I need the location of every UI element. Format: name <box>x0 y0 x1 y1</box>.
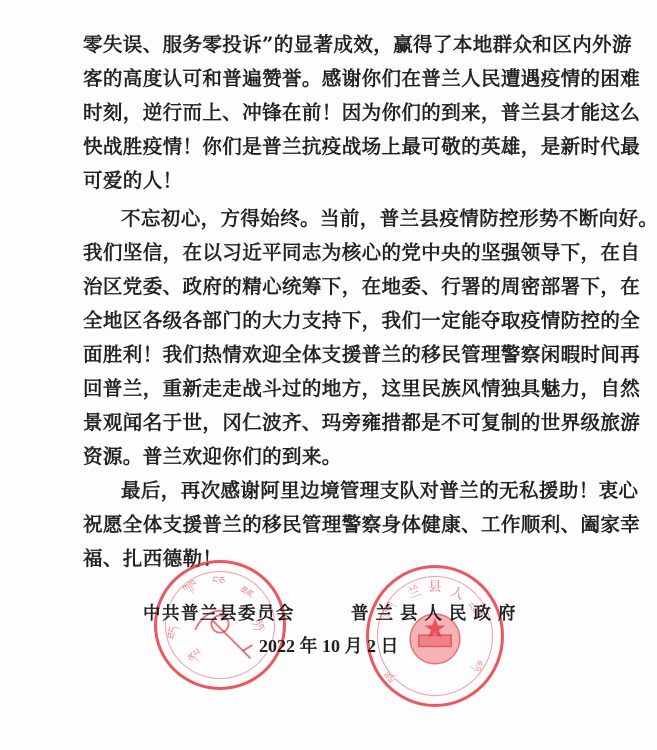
svg-text:ཆཇ: ཆཇ <box>238 584 257 602</box>
text-line: 资源。普兰欢迎你们的到来。 <box>83 440 573 474</box>
svg-text:ཇཉ: ཇཉ <box>469 659 484 672</box>
svg-text:ནཔ: ནཔ <box>186 646 206 666</box>
text-line: 零失误、服务零投诉”的显著成效，赢得了本地群众和区内外游 <box>83 28 573 62</box>
text-line: 可爱的人！ <box>83 164 573 198</box>
text-line: 客的高度认可和普遍赞誉。感谢你们在普兰人民遭遇疫情的困难 <box>83 62 573 96</box>
letter-page: 零失误、服务零投诉”的显著成效，赢得了本地群众和区内外游 客的高度认可和普遍赞誉… <box>0 0 657 750</box>
party-committee-seal-icon: ཀཁ ངཅ ཆཇ ཉཏ ཐད ནཔ <box>154 560 286 690</box>
svg-text:ཐད: ཐད <box>165 626 181 641</box>
text-line-paragraph-start: 最后，再次感谢阿里边境管理支队对普兰的无私援助！衷心 <box>83 474 573 508</box>
text-line: 全地区各级各部门的大力支持下，我们一定能夺取疫情防控的全 <box>83 304 573 338</box>
text-line: 快战胜疫情！你们是普兰抗疫战场上最可敬的英雄，是新时代最 <box>83 130 573 164</box>
text-line: 我们坚信，在以习近平同志为核心的党中央的坚强领导下，在自 <box>83 236 573 270</box>
letter-body: 零失误、服务零投诉”的显著成效，赢得了本地群众和区内外游 客的高度认可和普遍赞誉… <box>83 28 573 576</box>
svg-text:ངཅ: ངཅ <box>212 575 225 587</box>
text-line: 治区党委、政府的精心统筹下，在地委、行署的周密部署下，在 <box>83 270 573 304</box>
text-line: 面胜利！我们热情欢迎全体支援普兰的移民管理警察闲暇时间再 <box>83 338 573 372</box>
signature-party-committee: 中共普兰县委员会 <box>143 600 295 625</box>
svg-text:县: 县 <box>428 579 441 595</box>
text-line: 回普兰，重新走走战斗过的地方，这里民族风情独具魅力，自然 <box>83 372 573 406</box>
svg-text:ཀཁ: ཀཁ <box>180 578 200 598</box>
text-line-paragraph-start: 不忘初心，方得始终。当前，普兰县疫情防控形势不断向好。 <box>83 202 573 236</box>
svg-text:ཏཐ: ཏཐ <box>382 667 399 684</box>
letter-date: 2022 年 10 月 2 日 <box>259 632 399 658</box>
text-line: 时刻，逆行而上、冲锋在前！因为你们的到来，普兰县才能这么 <box>83 96 573 130</box>
text-line: 景观闻名于世，冈仁波齐、玛旁雍措都是不可复制的世界级旅游 <box>83 406 573 440</box>
text-line: 祝愿全体支援普兰的移民管理警察身体健康、工作顺利、阖家幸 <box>83 508 573 542</box>
signature-county-government: 普兰县人民政府 <box>351 600 523 625</box>
hammer-sickle-icon: ཀཁ ངཅ ཆཇ ཉཏ ཐད ནཔ <box>157 563 283 687</box>
